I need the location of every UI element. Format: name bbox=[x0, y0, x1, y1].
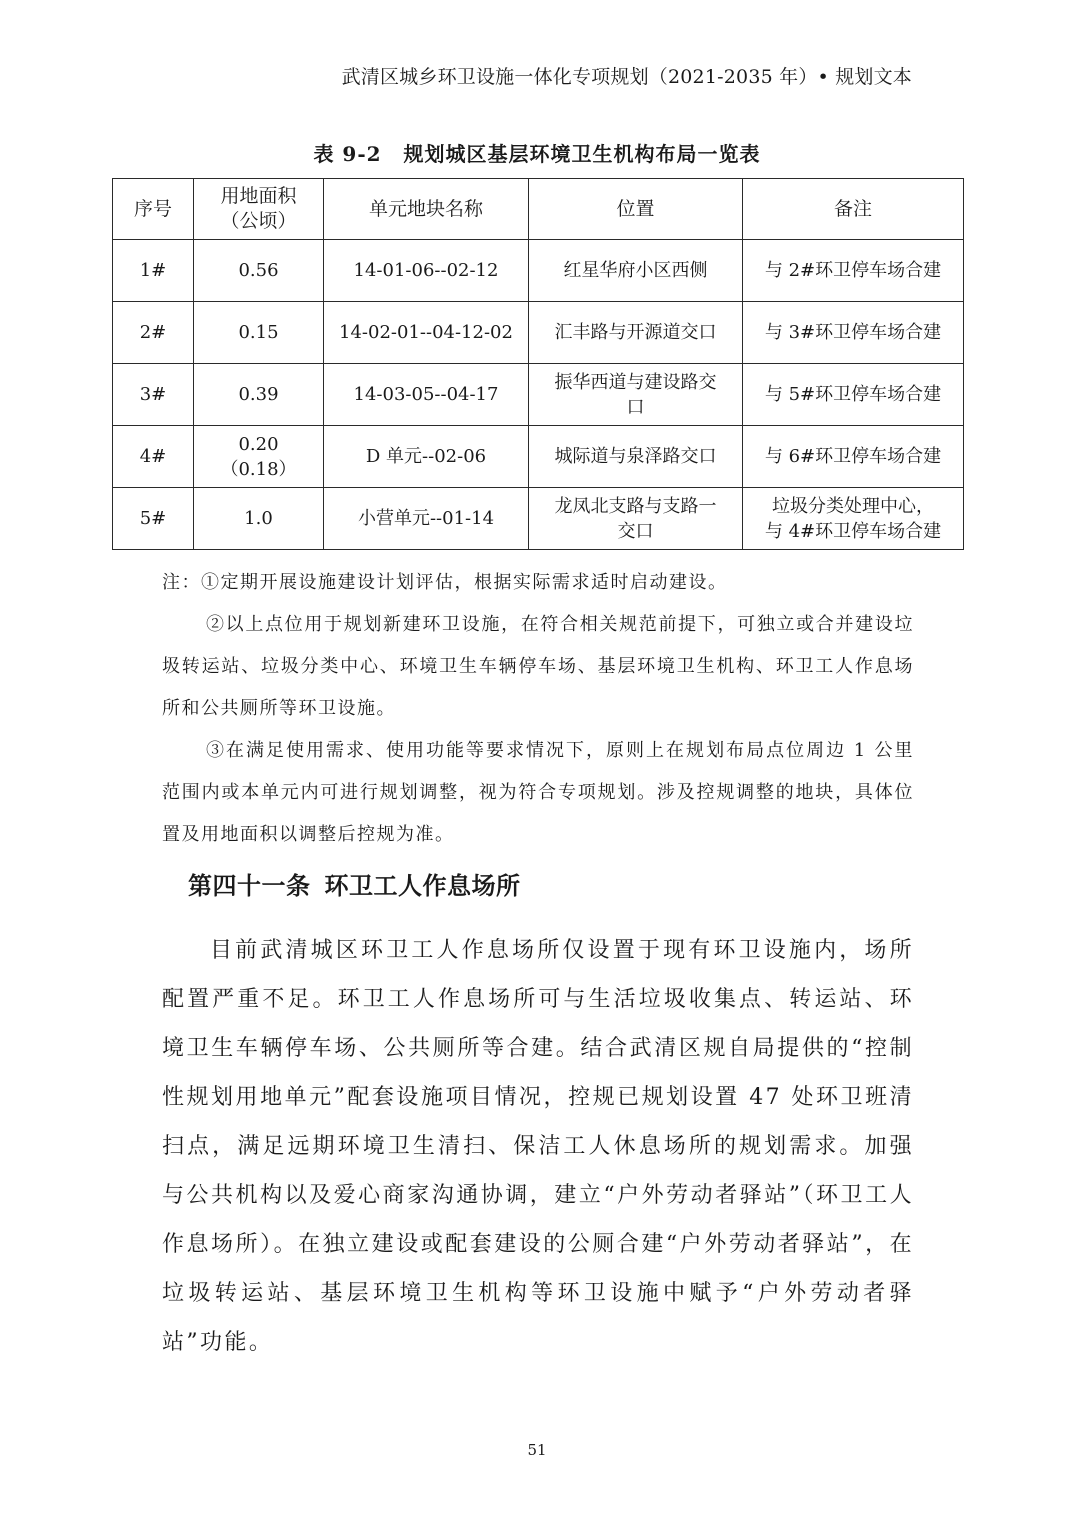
cell-plot: 小营单元--01-14 bbox=[324, 488, 529, 550]
cell-location: 红星华府小区西侧 bbox=[529, 240, 743, 302]
cell-remark: 与 3#环卫停车场合建 bbox=[743, 302, 964, 364]
column-header-remark: 备注 bbox=[743, 179, 964, 240]
cell-remark: 与 6#环卫停车场合建 bbox=[743, 426, 964, 488]
cell-no: 4# bbox=[113, 426, 194, 488]
article-heading: 第四十一条环卫工人作息场所 bbox=[188, 866, 521, 901]
table-number: 表 9-2 bbox=[313, 142, 381, 166]
cell-area: 0.56 bbox=[194, 240, 324, 302]
cell-area: 0.15 bbox=[194, 302, 324, 364]
table-row: 4# 0.20（0.18） D 单元--02-06 城际道与泉泽路交口 与 6#… bbox=[113, 426, 964, 488]
note-1: 注：①定期开展设施建设计划评估，根据实际需求适时启动建设。 bbox=[162, 562, 914, 604]
table-caption: 表 9-2规划城区基层环境卫生机构布局一览表 bbox=[0, 138, 1074, 167]
cell-plot: D 单元--02-06 bbox=[324, 426, 529, 488]
table-row: 2# 0.15 14-02-01--04-12-02 汇丰路与开源道交口 与 3… bbox=[113, 302, 964, 364]
table-title: 规划城区基层环境卫生机构布局一览表 bbox=[404, 142, 761, 166]
cell-location: 龙凤北支路与支路一交口 bbox=[529, 488, 743, 550]
cell-plot: 14-01-06--02-12 bbox=[324, 240, 529, 302]
table-row: 1# 0.56 14-01-06--02-12 红星华府小区西侧 与 2#环卫停… bbox=[113, 240, 964, 302]
table-row: 5# 1.0 小营单元--01-14 龙凤北支路与支路一交口 垃圾分类处理中心，… bbox=[113, 488, 964, 550]
note-3: ③在满足使用需求、使用功能等要求情况下，原则上在规划布局点位周边 1 公里范围内… bbox=[162, 730, 914, 856]
cell-remark: 与 5#环卫停车场合建 bbox=[743, 364, 964, 426]
cell-no: 2# bbox=[113, 302, 194, 364]
note-2: ②以上点位用于规划新建环卫设施，在符合相关规范前提下，可独立或合并建设垃圾转运站… bbox=[162, 604, 914, 730]
cell-no: 3# bbox=[113, 364, 194, 426]
cell-area: 0.20（0.18） bbox=[194, 426, 324, 488]
article-paragraph: 目前武清城区环卫工人作息场所仅设置于现有环卫设施内，场所配置严重不足。环卫工人作… bbox=[162, 926, 914, 1367]
column-header-plot: 单元地块名称 bbox=[324, 179, 529, 240]
cell-plot: 14-02-01--04-12-02 bbox=[324, 302, 529, 364]
facility-layout-table: 序号 用地面积（公顷） 单元地块名称 位置 备注 1# 0.56 14-01-0… bbox=[112, 178, 964, 550]
column-header-area: 用地面积（公顷） bbox=[194, 179, 324, 240]
cell-location: 城际道与泉泽路交口 bbox=[529, 426, 743, 488]
page-number: 51 bbox=[0, 1441, 1074, 1459]
cell-remark: 垃圾分类处理中心，与 4#环卫停车场合建 bbox=[743, 488, 964, 550]
running-header: 武清区城乡环卫设施一体化专项规划（2021-2035 年）• 规划文本 bbox=[342, 62, 912, 89]
cell-location: 汇丰路与开源道交口 bbox=[529, 302, 743, 364]
table-header-row: 序号 用地面积（公顷） 单元地块名称 位置 备注 bbox=[113, 179, 964, 240]
table-notes: 注：①定期开展设施建设计划评估，根据实际需求适时启动建设。 ②以上点位用于规划新… bbox=[162, 562, 914, 856]
article-title: 环卫工人作息场所 bbox=[325, 872, 521, 900]
table-row: 3# 0.39 14-03-05--04-17 振华西道与建设路交口 与 5#环… bbox=[113, 364, 964, 426]
cell-no: 1# bbox=[113, 240, 194, 302]
article-number: 第四十一条 bbox=[188, 872, 311, 900]
column-header-no: 序号 bbox=[113, 179, 194, 240]
cell-plot: 14-03-05--04-17 bbox=[324, 364, 529, 426]
cell-area: 0.39 bbox=[194, 364, 324, 426]
cell-location: 振华西道与建设路交口 bbox=[529, 364, 743, 426]
cell-remark: 与 2#环卫停车场合建 bbox=[743, 240, 964, 302]
cell-area: 1.0 bbox=[194, 488, 324, 550]
column-header-location: 位置 bbox=[529, 179, 743, 240]
cell-no: 5# bbox=[113, 488, 194, 550]
